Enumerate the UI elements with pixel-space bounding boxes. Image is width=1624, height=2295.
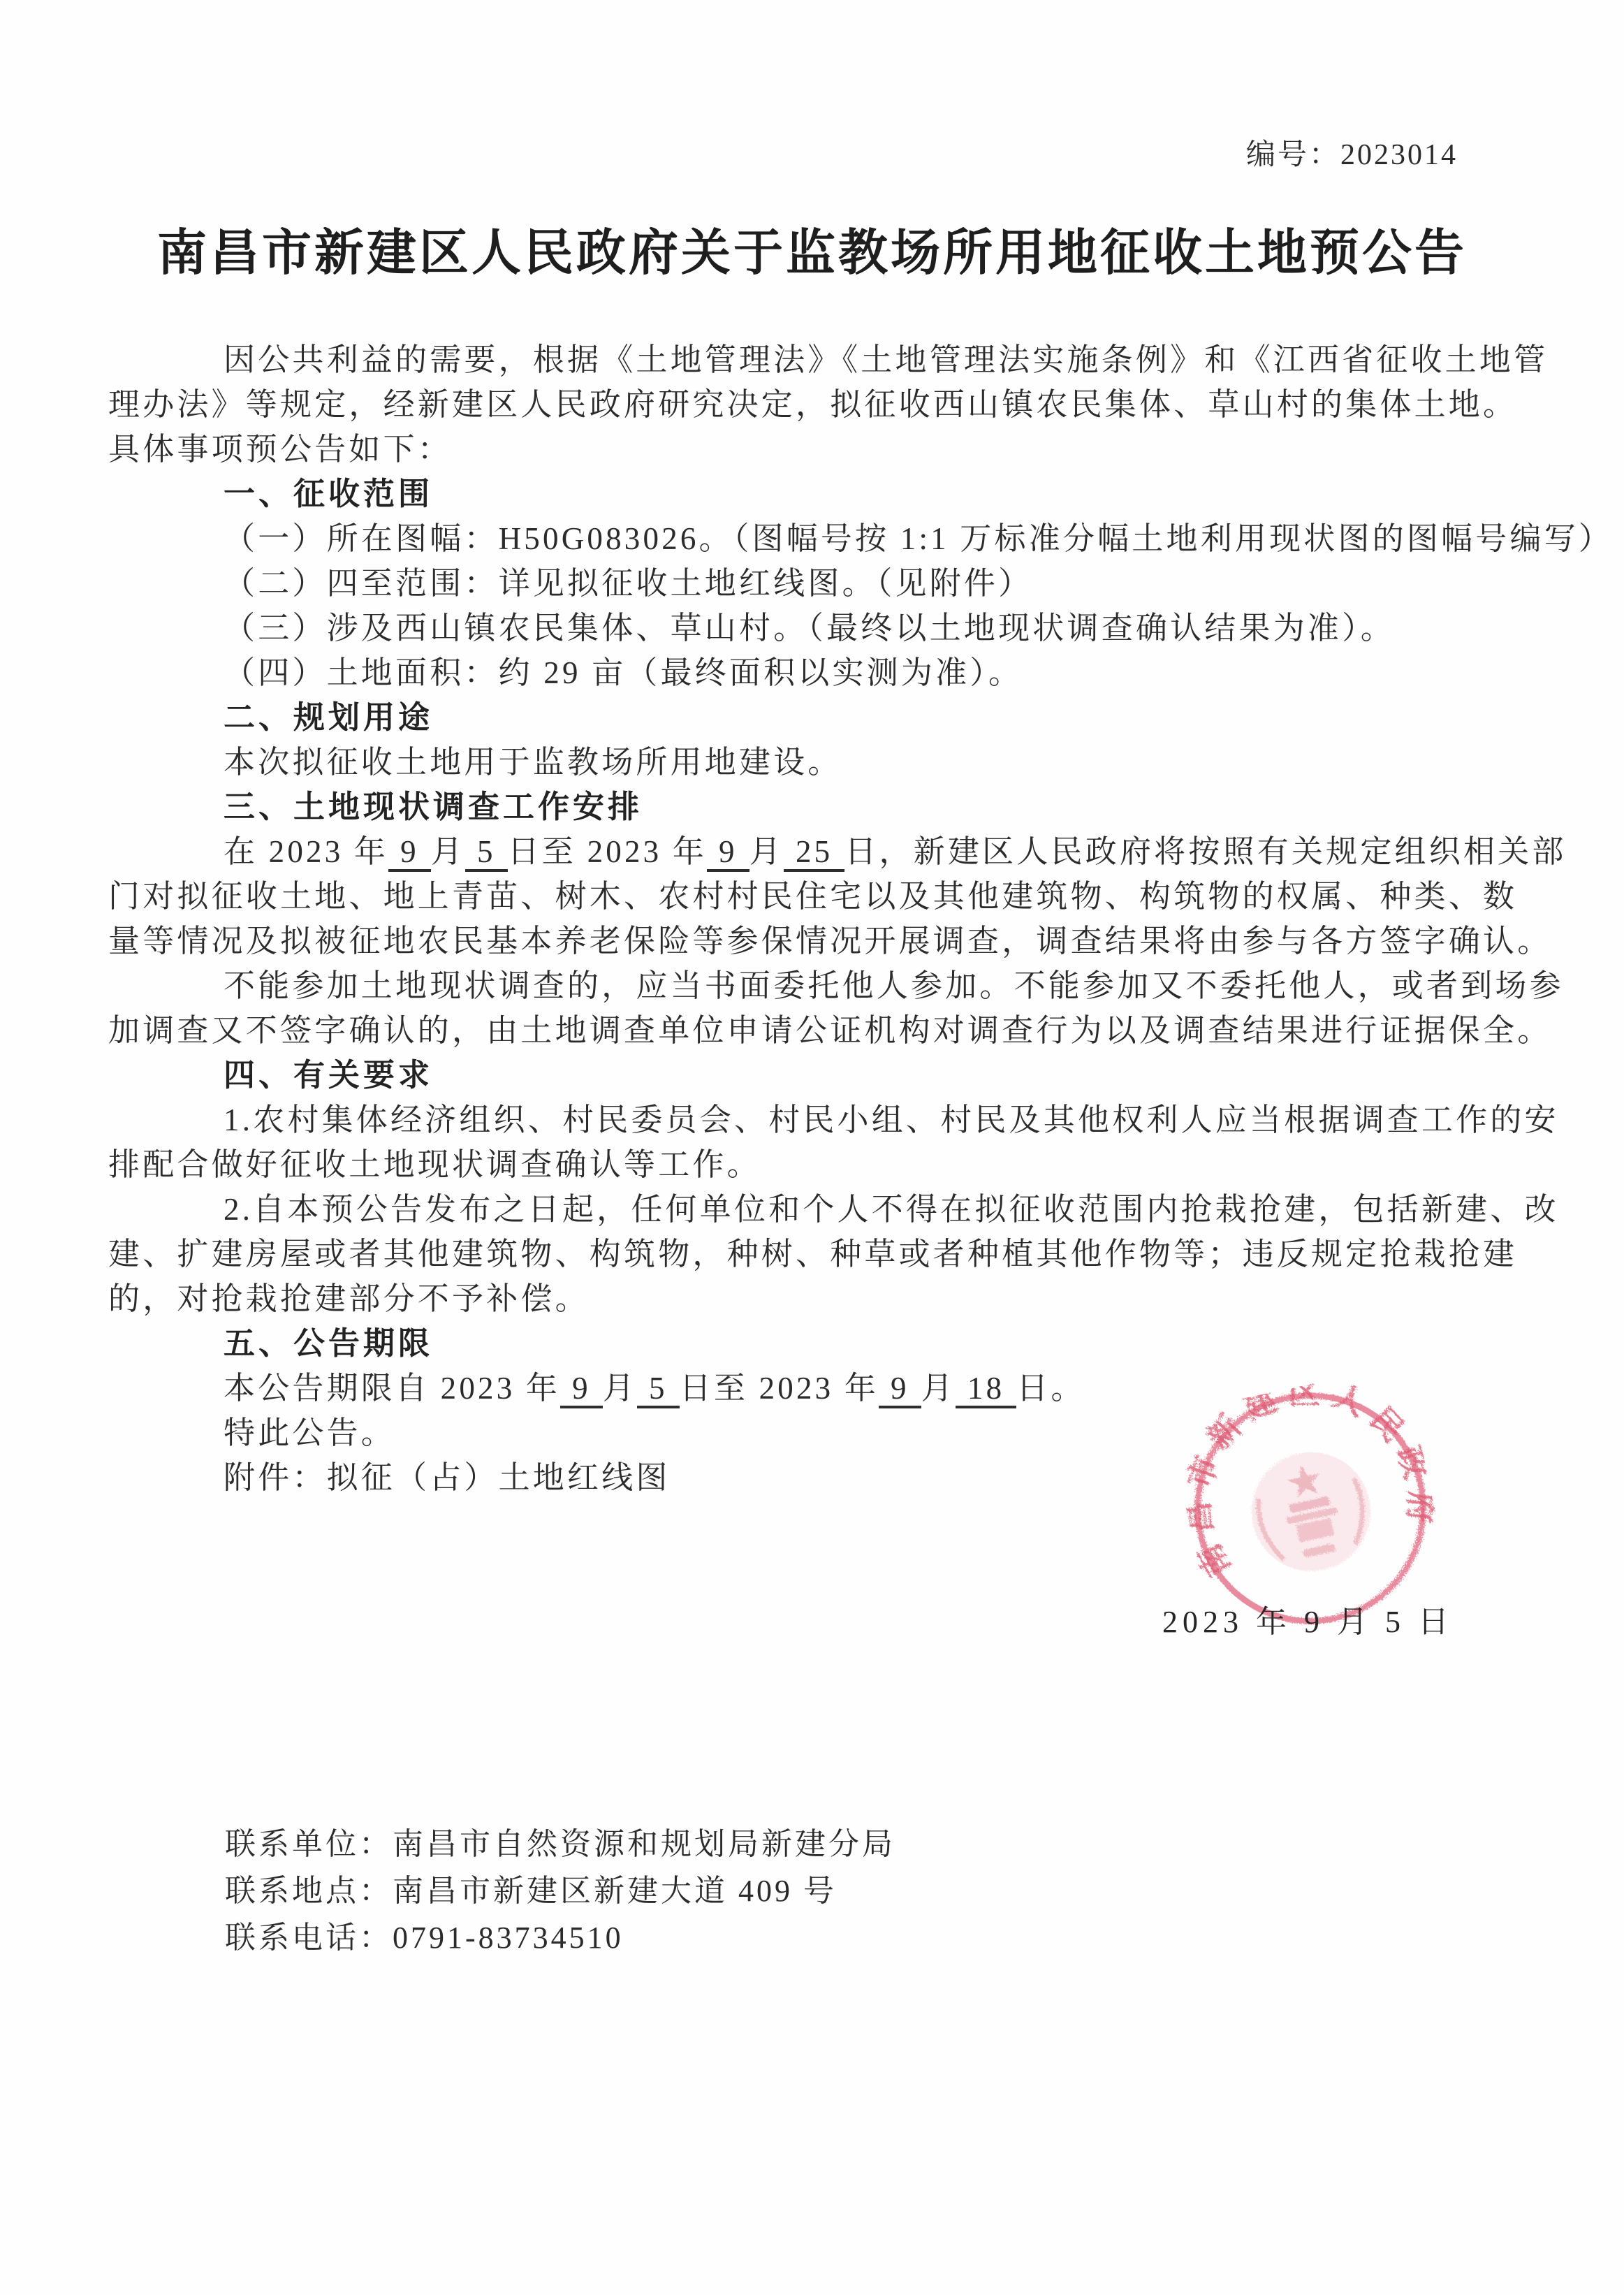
doc-line-text: 排配合做好征收土地现状调查确认等工作。	[108, 1147, 761, 1182]
blank-underline-value: 9	[388, 834, 431, 872]
doc-line: 门对拟征收土地、地上青苗、树木、农村村民住宅以及其他建筑物、构筑物的权属、种类、…	[108, 874, 1526, 919]
section-heading: 四、有关要求	[108, 1053, 1526, 1098]
doc-line-text: 的，对抢栽抢建部分不予补偿。	[108, 1281, 590, 1316]
blank-underline-value: 9	[707, 834, 749, 872]
doc-line: 2.自本预公告发布之日起，任何单位和个人不得在拟征收范围内抢栽抢建，包括新建、改	[108, 1187, 1526, 1232]
doc-line-text: 日。	[1016, 1371, 1085, 1406]
doc-line-text: 具体事项预公告如下：	[108, 432, 452, 467]
doc-line: （一）所在图幅：H50G083026。（图幅号按 1:1 万标准分幅土地利用现状…	[108, 516, 1526, 561]
doc-line: 在 2023 年9月5日至 2023 年9月25日，新建区人民政府将按照有关规定…	[108, 829, 1526, 874]
doc-line-text: 月	[921, 1371, 956, 1406]
doc-line: 理办法》等规定，经新建区人民政府研究决定，拟征收西山镇农民集体、草山村的集体土地…	[108, 382, 1526, 427]
page-title: 南昌市新建区人民政府关于监教场所用地征收土地预公告	[0, 224, 1624, 284]
doc-line-text: （四）土地面积：约 29 亩（最终面积以实测为准）。	[224, 655, 1023, 690]
section-heading: 三、土地现状调查工作安排	[108, 785, 1526, 829]
doc-line-text: 量等情况及拟被征地农民基本养老保险等参保情况开展调查，调查结果将由参与各方签字确…	[108, 924, 1551, 959]
doc-line-text: （三）涉及西山镇农民集体、草山村。（最终以土地现状调查确认结果为准）。	[224, 611, 1395, 646]
doc-line-text: 加调查又不签字确认的，由土地调查单位申请公证机构对调查行为以及调查结果进行证据保…	[108, 1013, 1551, 1048]
doc-line: 本次拟征收土地用于监教场所用地建设。	[108, 740, 1526, 785]
doc-line-text: 因公共利益的需要，根据《土地管理法》《土地管理法实施条例》和《江西省征收土地管	[224, 342, 1548, 377]
section-heading: 二、规划用途	[108, 695, 1526, 740]
doc-line: 的，对抢栽抢建部分不予补偿。	[108, 1276, 1526, 1321]
doc-line: 1.农村集体经济组织、村民委员会、村民小组、村民及其他权利人应当根据调查工作的安	[108, 1098, 1526, 1142]
doc-line: 建、扩建房屋或者其他建筑物、构筑物，种树、种草或者种植其他作物等；违反规定抢栽抢…	[108, 1232, 1526, 1276]
blank-underline-value: 5	[465, 834, 508, 872]
doc-line-text: 二、规划用途	[224, 699, 433, 736]
doc-line-text: 附件：拟征（占）土地红线图	[224, 1460, 671, 1495]
doc-line: 加调查又不签字确认的，由土地调查单位申请公证机构对调查行为以及调查结果进行证据保…	[108, 1008, 1526, 1053]
doc-line-text: 一、征收范围	[224, 475, 433, 512]
doc-line-text: 2.自本预公告发布之日起，任何单位和个人不得在拟征收范围内抢栽抢建，包括新建、改	[224, 1192, 1559, 1227]
blank-underline-value: 5	[637, 1371, 680, 1408]
doc-line-text: 日至 2023 年	[680, 1371, 879, 1406]
doc-line-text: 本公告期限自 2023 年	[224, 1371, 560, 1406]
doc-line-text: 建、扩建房屋或者其他建筑物、构筑物，种树、种草或者种植其他作物等；违反规定抢栽抢…	[108, 1237, 1517, 1272]
document-body: 因公共利益的需要，根据《土地管理法》《土地管理法实施条例》和《江西省征收土地管理…	[108, 337, 1526, 1500]
doc-line-text: 日，新建区人民政府将按照有关规定组织相关部	[844, 834, 1566, 869]
document-page: 编号：2023014 南昌市新建区人民政府关于监教场所用地征收土地预公告 因公共…	[0, 0, 1624, 2295]
doc-line-text: 1.农村集体经济组织、村民委员会、村民小组、村民及其他权利人应当根据调查工作的安	[224, 1102, 1559, 1137]
section-heading: 五、公告期限	[108, 1321, 1526, 1366]
doc-line-text: （二）四至范围：详见拟征收土地红线图。（见附件）	[224, 566, 1032, 601]
doc-line: 排配合做好征收土地现状调查确认等工作。	[108, 1142, 1526, 1187]
section-heading: 一、征收范围	[108, 472, 1526, 516]
contact-address: 联系地点：南昌市新建区新建大道 409 号	[225, 1867, 895, 1914]
doc-line-text: 月	[603, 1371, 637, 1406]
doc-line-text: 三、土地现状调查工作安排	[224, 788, 643, 825]
doc-line-text: （一）所在图幅：H50G083026。（图幅号按 1:1 万标准分幅土地利用现状…	[224, 521, 1613, 556]
doc-line-text: 不能参加土地现状调查的，应当书面委托他人参加。不能参加又不委托他人，或者到场参	[224, 968, 1564, 1003]
doc-line-text: 五、公告期限	[224, 1325, 433, 1362]
doc-line-text: 本次拟征收土地用于监教场所用地建设。	[224, 745, 842, 780]
doc-line: （四）土地面积：约 29 亩（最终面积以实测为准）。	[108, 650, 1526, 695]
seal-emblem	[1241, 1441, 1382, 1582]
blank-underline-value: 25	[784, 834, 844, 872]
contact-phone: 联系电话：0791-83734510	[225, 1914, 895, 1961]
blank-underline-value: 18	[956, 1371, 1016, 1408]
doc-line: （三）涉及西山镇农民集体、草山村。（最终以土地现状调查确认结果为准）。	[108, 606, 1526, 650]
doc-line: （二）四至范围：详见拟征收土地红线图。（见附件）	[108, 561, 1526, 606]
doc-line-text: 理办法》等规定，经新建区人民政府研究决定，拟征收西山镇农民集体、草山村的集体土地…	[108, 387, 1517, 422]
contact-unit: 联系单位：南昌市自然资源和规划局新建分局	[225, 1821, 895, 1867]
doc-line: 因公共利益的需要，根据《土地管理法》《土地管理法实施条例》和《江西省征收土地管	[108, 337, 1526, 382]
signature-date: 2023 年 9 月 5 日	[1162, 1599, 1454, 1645]
doc-line-text: 在 2023 年	[224, 834, 388, 869]
doc-line: 不能参加土地现状调查的，应当书面委托他人参加。不能参加又不委托他人，或者到场参	[108, 963, 1526, 1008]
doc-line-text: 日至 2023 年	[508, 834, 707, 869]
doc-line-text: 四、有关要求	[224, 1056, 433, 1093]
blank-underline-value: 9	[879, 1371, 921, 1408]
doc-line-text: 特此公告。	[224, 1415, 395, 1450]
doc-line: 具体事项预公告如下：	[108, 427, 1526, 472]
doc-line-text: 月	[749, 834, 784, 869]
doc-number: 编号：2023014	[1246, 136, 1458, 175]
doc-line: 量等情况及拟被征地农民基本养老保险等参保情况开展调查，调查结果将由参与各方签字确…	[108, 919, 1526, 963]
blank-underline-value: 9	[560, 1371, 603, 1408]
doc-line-text: 门对拟征收土地、地上青苗、树木、农村村民住宅以及其他建筑物、构筑物的权属、种类、…	[108, 879, 1517, 914]
contact-info: 联系单位：南昌市自然资源和规划局新建分局 联系地点：南昌市新建区新建大道 409…	[225, 1821, 895, 1961]
doc-line-text: 月	[431, 834, 465, 869]
